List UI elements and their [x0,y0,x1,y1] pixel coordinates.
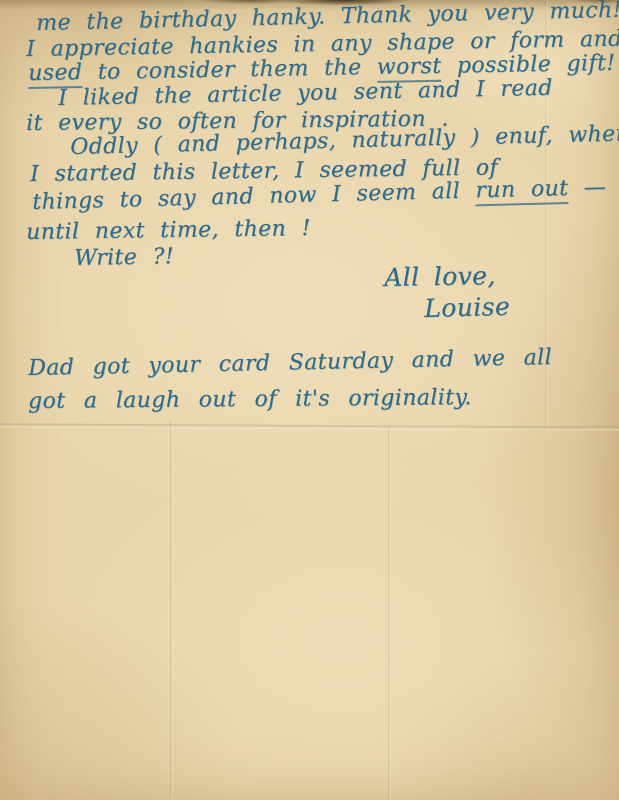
letter-text-underlined: run out [475,176,569,206]
letter-text: got a laugh out of it's originality. [28,385,472,414]
letter-page: me the birthday hanky. Thank you very mu… [0,0,619,800]
fold-crease-horizontal [0,423,619,430]
postscript-line-1: Dad got your card Saturday and we all [28,346,552,381]
letter-text: Louise [424,292,511,323]
letter-text: — [568,175,606,201]
letter-text: All love, [384,261,496,292]
letter-text: Write ?! [74,244,174,271]
letter-line-10: Write ?! [74,245,174,271]
letter-text: Dad got your card Saturday and we all [28,345,552,381]
fold-crease-vertical-left [170,420,173,800]
letter-line-9: until next time, then ! [26,217,311,245]
postscript-line-2: got a laugh out of it's originality. [28,386,472,414]
fold-crease-vertical-right [388,428,391,800]
letter-text: until next time, then ! [26,216,311,245]
letter-text: possible gift! [441,51,615,79]
signature-name: Louise [424,295,510,321]
signature-closing: All love, [384,264,496,290]
